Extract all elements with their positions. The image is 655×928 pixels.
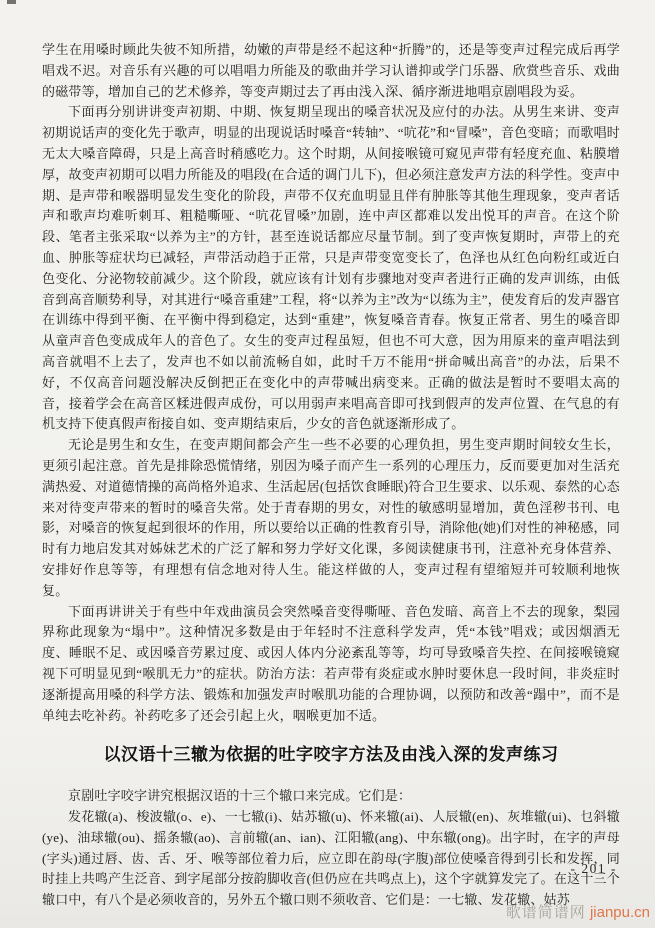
paragraph-voice-change-stages: 下面再分别讲讲变声初期、中期、恢复期呈现出的嗓音状况及应付的办法。从男生来讲、变… bbox=[42, 102, 620, 435]
paragraph-psychology: 无论是男生和女生，在变声期间都会产生一些不必要的心理负担，男生变声期时间较女生长… bbox=[42, 435, 620, 601]
scan-artifact bbox=[7, 0, 16, 4]
section-heading: 以汉语十三辙为依据的吐字咬字方法及由浅入深的发声练习 bbox=[42, 743, 620, 767]
book-page: 学生在用嗓时顾此失彼不知所措，幼嫩的声带是经不起这种“折腾”的，还是等变声过程完… bbox=[0, 0, 655, 928]
paragraph-middle-age-voice: 下面再讲讲关于有些中年戏曲演员会突然嗓音变得嘶哑、音色发暗、高音上不去的现象，梨… bbox=[42, 602, 620, 727]
paragraph-voice-change-intro: 学生在用嗓时顾此失彼不知所措，幼嫩的声带是经不起这种“折腾”的，还是等变声过程完… bbox=[42, 40, 620, 102]
page-number: - 201 - bbox=[571, 861, 618, 877]
watermark-site-name: 歌谱简谱网 bbox=[506, 904, 586, 921]
paragraph-thirteen-rhymes-intro: 京剧吐字咬字讲究根据汉语的十三个辙口来完成。它们是： bbox=[42, 786, 620, 807]
watermark-site-url: jianpu.cn bbox=[590, 904, 650, 921]
body-text: 学生在用嗓时顾此失彼不知所措，幼嫩的声带是经不起这种“折腾”的，还是等变声过程完… bbox=[42, 40, 620, 911]
watermark: 歌谱简谱网 jianpu.cn bbox=[506, 901, 650, 922]
paragraph-thirteen-rhymes-list: 发花辙(a)、梭波辙(o、e)、一七辙(i)、姑苏辙(u)、怀来辙(ai)、人辰… bbox=[42, 807, 620, 911]
